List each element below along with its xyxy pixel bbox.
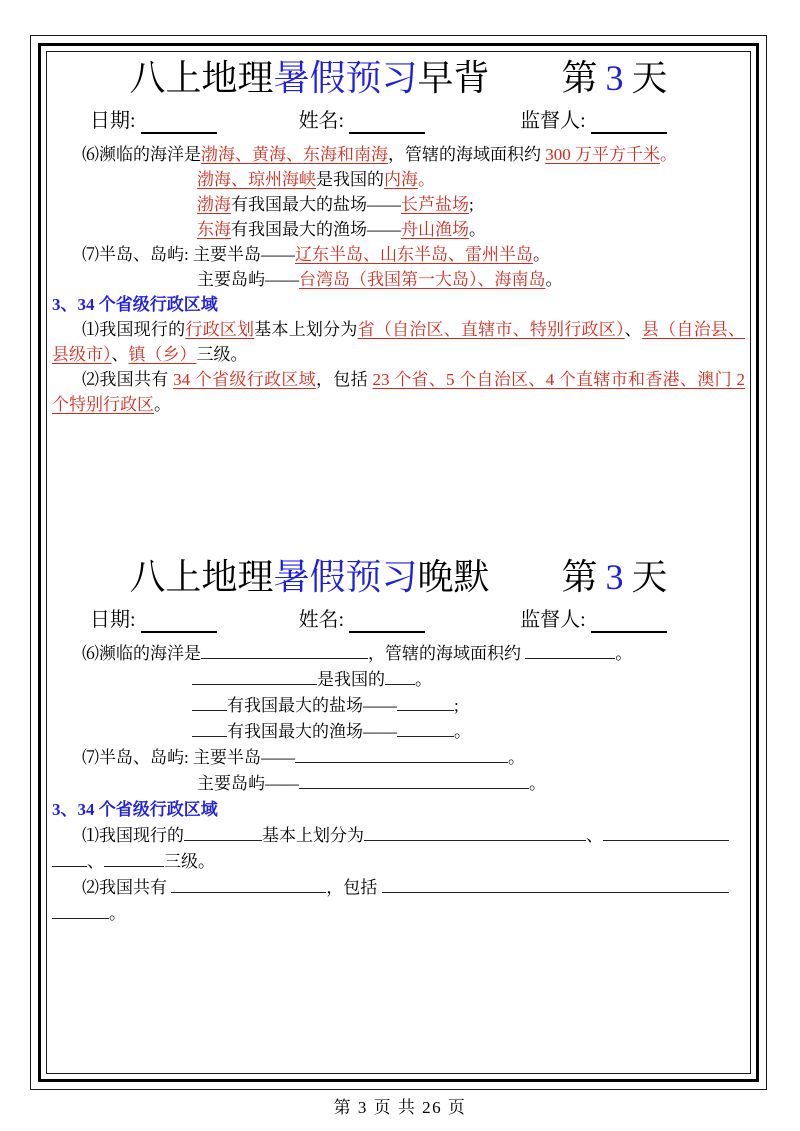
line-adjacent-seas-blank: ⑹濒临的海洋是，管辖的海域面积约 。 <box>52 641 745 667</box>
line-inner-seas-blank: 是我国的。 <box>52 667 745 693</box>
name-field: 姓名: <box>299 108 426 134</box>
answer-seas: 渤海、黄海、东海和南海 <box>201 145 388 164</box>
answer-town-level: 镇（乡） <box>129 345 197 364</box>
answer-inner-sea: 内海 <box>384 170 418 189</box>
evening-title: 八上地理暑假预习晚默第3天 <box>52 553 745 601</box>
section-header-admin-regions: 3、34 个省级行政区域 <box>52 797 745 823</box>
answer-fishing-ground: 舟山渔场 <box>401 220 469 239</box>
answer-blank-county-level <box>603 823 729 841</box>
answer-salt-field: 长芦盐场 <box>401 195 469 214</box>
title-mode: 晚默 <box>417 557 489 597</box>
title-day: 第3天 <box>562 557 668 597</box>
title-grade: 八上地理 <box>129 58 273 98</box>
answer-blank-region-breakdown-cont <box>52 901 109 919</box>
answer-blank-province-level <box>364 823 586 841</box>
answer-blank-inner-sea <box>385 667 415 685</box>
answer-blank-town-level <box>104 849 164 867</box>
answer-blank-region-count <box>171 875 326 893</box>
answer-peninsulas: 辽东半岛、山东半岛、雷州半岛 <box>295 245 533 264</box>
page-border-inner: 八上地理暑假预习早背第3天 日期: 姓名: 监督人: ⑹濒临的海洋是渤海、黄海、… <box>46 51 751 1074</box>
answer-blank-donghai <box>192 719 227 737</box>
answer-inner-sea-names: 渤海、琼州海峡 <box>197 170 316 189</box>
line-peninsulas: ⑺半岛、岛屿: 主要半岛——辽东半岛、山东半岛、雷州半岛。 <box>52 242 745 267</box>
answer-blank-county-level-cont <box>52 849 87 867</box>
line-islands-blank: 主要岛屿——。 <box>52 771 745 797</box>
line-admin-divisions-blank-2: 、三级。 <box>52 849 745 875</box>
supervisor-blank <box>591 609 667 633</box>
line-admin-divisions-blank-1: ⑴我国现行的基本上划分为、 <box>52 823 745 849</box>
line-peninsulas-blank: ⑺半岛、岛屿: 主要半岛——。 <box>52 745 745 771</box>
answer-blank-inner-sea-names <box>192 667 317 685</box>
morning-section: 八上地理暑假预习早背第3天 日期: 姓名: 监督人: ⑹濒临的海洋是渤海、黄海、… <box>52 54 745 417</box>
date-blank <box>141 110 217 134</box>
supervisor-blank <box>591 110 667 134</box>
title-day: 第3天 <box>562 58 668 98</box>
title-highlight: 暑假预习 <box>273 58 417 98</box>
page-border: 八上地理暑假预习早背第3天 日期: 姓名: 监督人: ⑹濒临的海洋是渤海、黄海、… <box>30 35 767 1090</box>
title-grade: 八上地理 <box>129 557 273 597</box>
line-admin-count-blank-1: ⑵我国共有 ，包括 <box>52 875 745 901</box>
line-fishing-ground-blank: 有我国最大的渔场——。 <box>52 719 745 745</box>
section-header-admin-regions: 3、34 个省级行政区域 <box>52 292 745 317</box>
supervisor-field: 监督人: <box>520 607 667 633</box>
name-label: 姓名: <box>299 607 345 633</box>
line-salt-field: 渤海有我国最大的盐场——长芦盐场; <box>52 192 745 217</box>
name-blank <box>349 609 425 633</box>
name-field: 姓名: <box>299 607 426 633</box>
fields-row: 日期: 姓名: 监督人: <box>52 607 745 633</box>
date-field: 日期: <box>90 607 217 633</box>
supervisor-field: 监督人: <box>520 108 667 134</box>
answer-blank-fishing-ground <box>397 719 454 737</box>
supervisor-label: 监督人: <box>520 607 586 633</box>
page-border-mid: 八上地理暑假预习早背第3天 日期: 姓名: 监督人: ⑹濒临的海洋是渤海、黄海、… <box>38 43 759 1082</box>
fields-row: 日期: 姓名: 监督人: <box>52 108 745 134</box>
answer-province-level: 省（自治区、直辖市、特别行政区） <box>358 320 625 339</box>
line-islands: 主要岛屿——台湾岛（我国第一大岛）、海南岛。 <box>52 267 745 292</box>
answer-donghai: 东海 <box>197 220 231 239</box>
answer-blank-sea-area <box>525 641 615 659</box>
line-inner-seas: 渤海、琼州海峡是我国的内海。 <box>52 167 745 192</box>
answer-blank-peninsulas <box>295 745 508 763</box>
line-salt-field-blank: 有我国最大的盐场——; <box>52 693 745 719</box>
line-admin-count: ⑵我国共有 34 个省级行政区域，包括 23 个省、5 个自治区、4 个直辖市和… <box>52 367 745 417</box>
title-highlight: 暑假预习 <box>273 557 417 597</box>
day-number: 3 <box>606 557 624 597</box>
morning-lines: ⑹濒临的海洋是渤海、黄海、东海和南海，管辖的海域面积约 300 万平方千米。 渤… <box>52 142 745 417</box>
answer-blank-seas <box>201 641 368 659</box>
answer-admin-division: 行政区划 <box>185 320 254 339</box>
answer-blank-admin-division <box>184 823 262 841</box>
title-mode: 早背 <box>417 58 489 98</box>
answer-region-count: 34 个省级行政区域 <box>173 370 316 389</box>
worksheet-page: 八上地理暑假预习早背第3天 日期: 姓名: 监督人: ⑹濒临的海洋是渤海、黄海、… <box>0 0 800 1131</box>
evening-lines: ⑹濒临的海洋是，管辖的海域面积约 。 是我国的。 有我国最大的盐场——; 有我国… <box>52 641 745 927</box>
answer-bohai: 渤海 <box>197 195 231 214</box>
supervisor-label: 监督人: <box>520 108 586 134</box>
date-label: 日期: <box>90 108 136 134</box>
answer-sea-area: 300 万平方千米 <box>545 145 660 164</box>
date-blank <box>141 609 217 633</box>
line-fishing-ground: 东海有我国最大的渔场——舟山渔场。 <box>52 217 745 242</box>
morning-title: 八上地理暑假预习早背第3天 <box>52 54 745 102</box>
answer-blank-salt-field <box>397 693 454 711</box>
evening-section: 八上地理暑假预习晚默第3天 日期: 姓名: 监督人: ⑹濒临的海洋是，管辖的海域… <box>52 553 745 927</box>
answer-blank-region-breakdown <box>382 875 729 893</box>
date-label: 日期: <box>90 607 136 633</box>
line-admin-count-blank-2: 。 <box>52 901 745 927</box>
page-number: 第 3 页 共 26 页 <box>0 1093 800 1118</box>
answer-blank-bohai <box>192 693 227 711</box>
line-adjacent-seas: ⑹濒临的海洋是渤海、黄海、东海和南海，管辖的海域面积约 300 万平方千米。 <box>52 142 745 167</box>
answer-islands: 台湾岛（我国第一大岛）、海南岛 <box>299 270 546 289</box>
day-number: 3 <box>606 58 624 98</box>
date-field: 日期: <box>90 108 217 134</box>
name-label: 姓名: <box>299 108 345 134</box>
answer-blank-islands <box>299 771 529 789</box>
page-content: 八上地理暑假预习早背第3天 日期: 姓名: 监督人: ⑹濒临的海洋是渤海、黄海、… <box>47 52 750 1073</box>
line-admin-divisions: ⑴我国现行的行政区划基本上划分为省（自治区、直辖市、特别行政区）、县（自治县、县… <box>52 317 745 367</box>
name-blank <box>349 110 425 134</box>
